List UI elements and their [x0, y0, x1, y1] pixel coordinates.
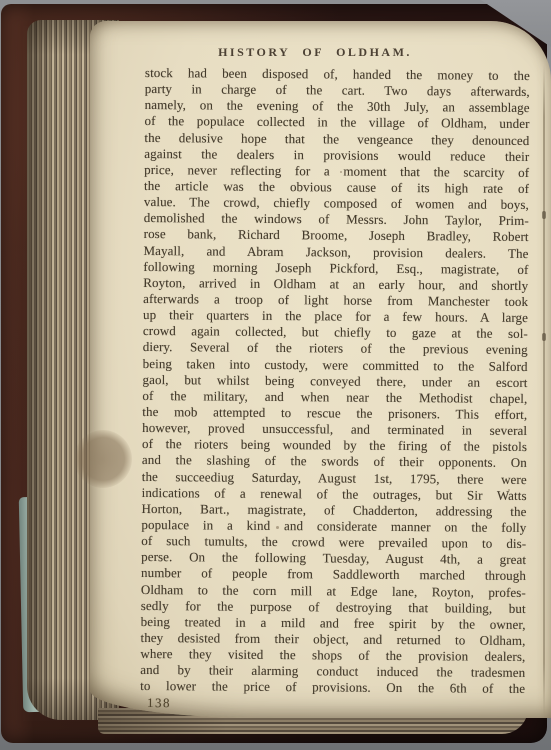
stain-mark [74, 430, 132, 488]
page-number: 138 [147, 695, 525, 714]
book-photo: HISTORY OF OLDHAM. stock had been dispos… [0, 0, 551, 750]
book-page: HISTORY OF OLDHAM. stock had been dispos… [90, 21, 551, 718]
paper-speck [276, 526, 279, 529]
paper-speck [508, 489, 510, 491]
running-header: HISTORY OF OLDHAM. [120, 45, 510, 60]
body-lines: stock had been disposed of, handed the m… [140, 65, 530, 697]
body-line: to lower the price of provisions. On the… [140, 678, 525, 697]
body-text: stock had been disposed of, handed the m… [140, 65, 530, 714]
paper-speck [340, 171, 342, 173]
page-edge-crease [543, 65, 545, 715]
edge-notch [542, 211, 546, 219]
edge-notch [542, 333, 546, 341]
